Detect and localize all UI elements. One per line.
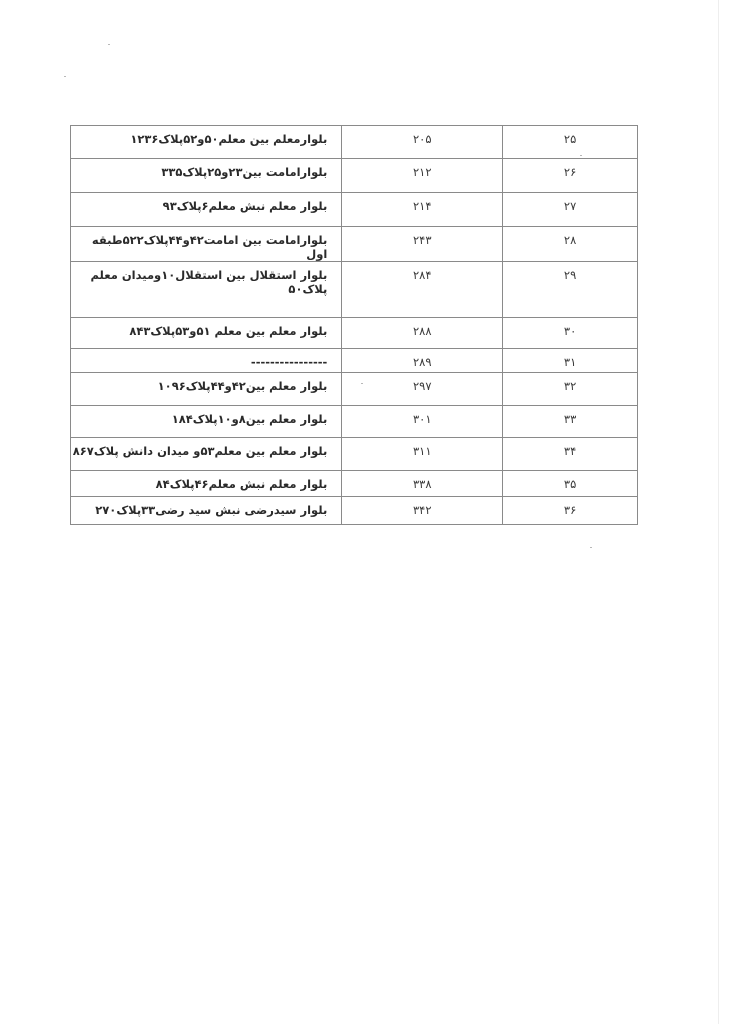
row-number-cell: ۳۵ xyxy=(503,471,638,497)
row-number-cell: ۲۷ xyxy=(503,193,638,227)
table-row: ۲۵۲۰۵بلوارمعلم بین معلم۵۰و۵۲پلاک۱۲۳۶ xyxy=(71,126,638,159)
code-cell-text: ۲۸۸ xyxy=(342,318,502,338)
code-cell-text: ۳۳۸ xyxy=(342,471,502,491)
code-cell-text: ۲۸۹ xyxy=(342,349,502,369)
scan-page-edge xyxy=(718,0,719,1024)
address-table-body: ۲۵۲۰۵بلوارمعلم بین معلم۵۰و۵۲پلاک۱۲۳۶۲۶۲۱… xyxy=(71,126,638,525)
table-row: ۲۹۲۸۴بلوار استقلال بین استقلال۱۰ومیدان م… xyxy=(71,262,638,318)
code-cell: ۲۸۹ xyxy=(342,349,503,373)
code-cell: ۳۴۲ xyxy=(342,497,503,525)
row-number-cell-text: ۳۴ xyxy=(503,438,637,458)
scan-speck xyxy=(64,76,66,77)
code-cell: ۳۳۸ xyxy=(342,471,503,497)
row-number-cell-text: ۳۰ xyxy=(503,318,637,338)
code-cell-text: ۲۹۷ xyxy=(342,373,502,393)
row-number-cell-text: ۲۶ xyxy=(503,159,637,179)
code-cell-text: ۲۱۲ xyxy=(342,159,502,179)
code-cell-text: ۳۰۱ xyxy=(342,406,502,426)
table-row: ۳۱۲۸۹---------------- xyxy=(71,349,638,373)
address-cell: بلوار معلم نبش معلم۴۶پلاک۸۴ xyxy=(71,471,342,497)
address-cell-text: بلوار معلم بین۴۲و۴۴پلاک۱۰۹۶ xyxy=(71,373,327,393)
code-cell: ۳۰۱ xyxy=(342,406,503,438)
row-number-cell-text: ۲۹ xyxy=(503,262,637,282)
table-row: ۳۰۲۸۸بلوار معلم بین معلم ۵۱و۵۳پلاک۸۴۳ xyxy=(71,318,638,349)
address-cell: بلوار معلم بین معلم ۵۱و۵۳پلاک۸۴۳ xyxy=(71,318,342,349)
scan-speck xyxy=(590,547,592,548)
address-cell-text: بلوار معلم بین۸و۱۰پلاک۱۸۴ xyxy=(71,406,327,426)
row-number-cell-text: ۳۶ xyxy=(503,497,637,517)
table-row: ۲۸۲۴۳بلوارامامت بین امامت۴۲و۴۴پلاک۵۲۲طبق… xyxy=(71,227,638,262)
address-cell: بلوار استقلال بین استقلال۱۰ومیدان معلم پ… xyxy=(71,262,342,318)
address-cell: بلوار معلم بین۴۲و۴۴پلاک۱۰۹۶ xyxy=(71,373,342,406)
row-number-cell-text: ۲۵ xyxy=(503,126,637,146)
table-row: ۳۴۳۱۱بلوار معلم بین معلم۵۳و میدان دانش پ… xyxy=(71,438,638,471)
address-cell: بلوار سیدرضی نبش سید رضی۳۳پلاک۲۷۰ xyxy=(71,497,342,525)
address-cell: ---------------- xyxy=(71,349,342,373)
code-cell: ۲۸۸ xyxy=(342,318,503,349)
address-cell: بلوارمعلم بین معلم۵۰و۵۲پلاک۱۲۳۶ xyxy=(71,126,342,159)
row-number-cell: ۲۸ xyxy=(503,227,638,262)
address-cell: بلوار معلم بین معلم۵۳و میدان دانش پلاک۸۶… xyxy=(71,438,342,471)
row-number-cell: ۳۰ xyxy=(503,318,638,349)
code-cell: ۲۱۲ xyxy=(342,159,503,193)
code-cell-text: ۳۴۲ xyxy=(342,497,502,517)
code-cell-text: ۲۸۴ xyxy=(342,262,502,282)
row-number-cell-text: ۳۳ xyxy=(503,406,637,426)
address-cell: بلوارامامت بین۲۳و۲۵پلاک۳۳۵ xyxy=(71,159,342,193)
code-cell: ۳۱۱ xyxy=(342,438,503,471)
code-cell: ۲۸۴ xyxy=(342,262,503,318)
row-number-cell: ۳۳ xyxy=(503,406,638,438)
row-number-cell-text: ۲۸ xyxy=(503,227,637,247)
address-cell-text: بلوارامامت بین۲۳و۲۵پلاک۳۳۵ xyxy=(71,159,327,179)
address-cell-text: بلوار سیدرضی نبش سید رضی۳۳پلاک۲۷۰ xyxy=(71,497,327,517)
row-number-cell: ۲۶ xyxy=(503,159,638,193)
row-number-cell: ۳۴ xyxy=(503,438,638,471)
table-row: ۳۵۳۳۸بلوار معلم نبش معلم۴۶پلاک۸۴ xyxy=(71,471,638,497)
table-row: ۲۶۲۱۲بلوارامامت بین۲۳و۲۵پلاک۳۳۵ xyxy=(71,159,638,193)
address-cell: بلوار معلم نبش معلم۶پلاک۹۳ xyxy=(71,193,342,227)
code-cell-text: ۲۴۳ xyxy=(342,227,502,247)
address-cell-text: بلوار معلم نبش معلم۶پلاک۹۳ xyxy=(71,193,327,213)
address-cell: بلوارامامت بین امامت۴۲و۴۴پلاک۵۲۲طبقه اول xyxy=(71,227,342,262)
scan-speck xyxy=(108,44,110,45)
code-cell-text: ۳۱۱ xyxy=(342,438,502,458)
code-cell-text: ۲۱۴ xyxy=(342,193,502,213)
row-number-cell: ۳۲ xyxy=(503,373,638,406)
code-cell: ۲۴۳ xyxy=(342,227,503,262)
row-number-cell-text: ۳۲ xyxy=(503,373,637,393)
address-cell-text: ---------------- xyxy=(71,349,327,369)
address-cell-text: بلوار معلم نبش معلم۴۶پلاک۸۴ xyxy=(71,471,327,491)
row-number-cell: ۲۹ xyxy=(503,262,638,318)
code-cell: ۲۰۵ xyxy=(342,126,503,159)
table-row: ۳۲۲۹۷بلوار معلم بین۴۲و۴۴پلاک۱۰۹۶ xyxy=(71,373,638,406)
address-cell-text: بلوار معلم بین معلم ۵۱و۵۳پلاک۸۴۳ xyxy=(71,318,327,338)
row-number-cell: ۲۵ xyxy=(503,126,638,159)
row-number-cell-text: ۳۵ xyxy=(503,471,637,491)
row-number-cell: ۳۱ xyxy=(503,349,638,373)
table-row: ۳۳۳۰۱بلوار معلم بین۸و۱۰پلاک۱۸۴ xyxy=(71,406,638,438)
code-cell: ۲۱۴ xyxy=(342,193,503,227)
address-table: ۲۵۲۰۵بلوارمعلم بین معلم۵۰و۵۲پلاک۱۲۳۶۲۶۲۱… xyxy=(70,125,638,525)
table-row: ۳۶۳۴۲بلوار سیدرضی نبش سید رضی۳۳پلاک۲۷۰ xyxy=(71,497,638,525)
table-row: ۲۷۲۱۴بلوار معلم نبش معلم۶پلاک۹۳ xyxy=(71,193,638,227)
address-cell-text: بلوار معلم بین معلم۵۳و میدان دانش پلاک۸۶… xyxy=(71,438,327,458)
code-cell-text: ۲۰۵ xyxy=(342,126,502,146)
row-number-cell: ۳۶ xyxy=(503,497,638,525)
address-cell-text: بلوارمعلم بین معلم۵۰و۵۲پلاک۱۲۳۶ xyxy=(71,126,327,146)
address-cell-text: بلوارامامت بین امامت۴۲و۴۴پلاک۵۲۲طبقه اول xyxy=(71,227,327,261)
row-number-cell-text: ۲۷ xyxy=(503,193,637,213)
row-number-cell-text: ۳۱ xyxy=(503,349,637,369)
code-cell: ۲۹۷ xyxy=(342,373,503,406)
address-cell: بلوار معلم بین۸و۱۰پلاک۱۸۴ xyxy=(71,406,342,438)
address-cell-text: بلوار استقلال بین استقلال۱۰ومیدان معلم پ… xyxy=(71,262,327,296)
